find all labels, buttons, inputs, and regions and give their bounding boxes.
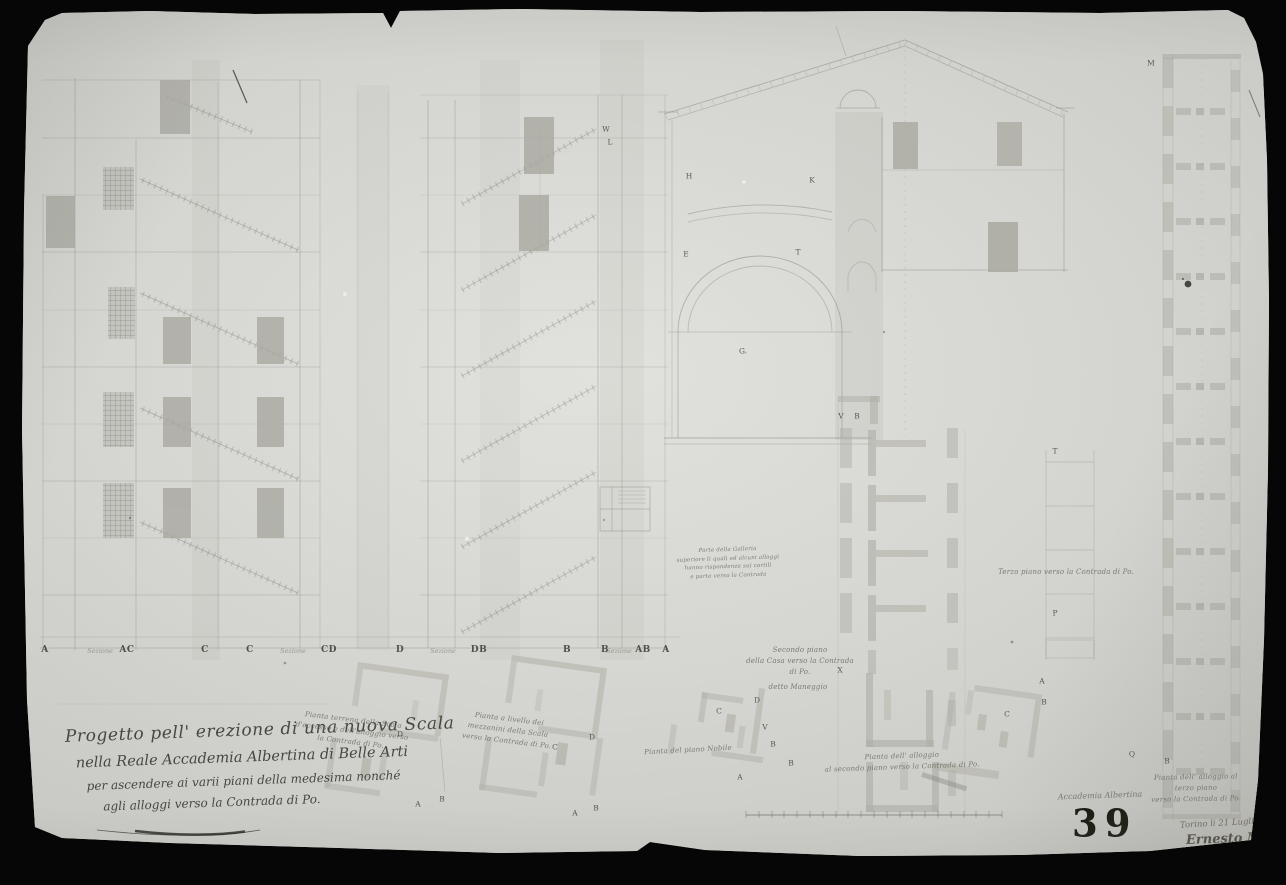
label-alloggio-secondo: Pianta dell' alloggio al secondo piano v… [824, 748, 980, 775]
label-detto-maneggio: detto Maneggio [769, 682, 828, 693]
section-letter: AC [119, 645, 134, 655]
drawing-letter-marker: C [1004, 710, 1010, 719]
section-letter: B [563, 645, 571, 655]
drawing-letter-marker: D [754, 696, 760, 705]
drawing-letter-marker: P [1052, 609, 1057, 618]
drawing-letter-marker: K [809, 176, 815, 185]
photograph-frame: Progetto pell' erezione di una nuova Sca… [0, 0, 1286, 885]
section-letter: CD [321, 645, 337, 655]
drawing-letter-marker: B [1164, 757, 1170, 766]
drawing-letter-marker: C [552, 743, 558, 752]
handwriting-overlay: Progetto pell' erezione di una nuova Sca… [0, 0, 1286, 885]
label-galleria-note: Parte della Galleria superiore li quali … [676, 544, 780, 582]
drawing-letter-marker: B [593, 804, 599, 813]
section-letter: A [41, 645, 48, 655]
drawing-letter-marker: B [854, 412, 860, 421]
sezione-word: Sezione [280, 647, 306, 655]
drawing-letter-marker: E [683, 250, 688, 259]
sezione-word: Sezione [87, 647, 113, 655]
drawing-letter-marker: D [397, 730, 403, 739]
drawing-letter-marker: T [795, 248, 800, 257]
drawing-letter-marker: H [686, 172, 693, 181]
drawing-letter-marker: B [788, 759, 794, 768]
section-letter: D [396, 645, 404, 655]
drawing-letter-marker: A [737, 773, 742, 782]
section-letter: AB [635, 645, 651, 655]
drawing-letter-marker: V [838, 412, 843, 421]
drawing-letter-marker: B [770, 740, 776, 749]
drawing-letter-marker: A [1039, 677, 1044, 686]
label-terzo-piano: Terzo piano verso la Contrada di Po. [998, 567, 1134, 578]
drawing-letter-marker: A [572, 809, 577, 818]
drawing-letter-marker: L [608, 138, 613, 147]
drawing-letter-marker: C [716, 707, 722, 716]
title-line-4: agli alloggi verso la Contrada di Po. [103, 787, 457, 813]
drawing-letter-marker: W [602, 125, 610, 134]
sezione-word: Sezione [606, 647, 632, 655]
section-letter: C [201, 645, 209, 655]
drawing-letter-marker: G. [739, 347, 747, 356]
sezione-word: Sezione [430, 647, 456, 655]
drawing-letter-marker: T [1052, 447, 1057, 456]
drawing-letter-marker: V [762, 723, 767, 732]
archive-number-stamp: 39 [1072, 800, 1138, 846]
section-letter: DB [471, 645, 487, 655]
colophon-date: Torino li 21 Luglio 1861 [1180, 815, 1284, 830]
drawing-sheet: Progetto pell' erezione di una nuova Sca… [0, 0, 1286, 885]
drawing-letter-marker: B [1041, 698, 1047, 707]
drawing-letter-marker: D [589, 733, 595, 742]
drawing-letter-marker: Q [1129, 750, 1135, 759]
section-letter: A [662, 645, 669, 655]
drawing-letter-marker: A [415, 800, 420, 809]
label-alloggio-terzo: Pianta dell' alloggio al terzo piano ver… [1151, 771, 1242, 805]
section-letter: C [246, 645, 254, 655]
drawing-letter-marker: M [1147, 59, 1155, 68]
label-piano-nobile: Pianta del piano Nobile [644, 743, 732, 758]
drawing-letter-marker: B [439, 795, 445, 804]
drawing-letter-marker: X [837, 666, 842, 675]
label-pianta-mezzanini: Pianta a livello dei mezzanini della Sca… [461, 709, 554, 752]
colophon-signature: Ernesto Melano [1186, 829, 1286, 848]
